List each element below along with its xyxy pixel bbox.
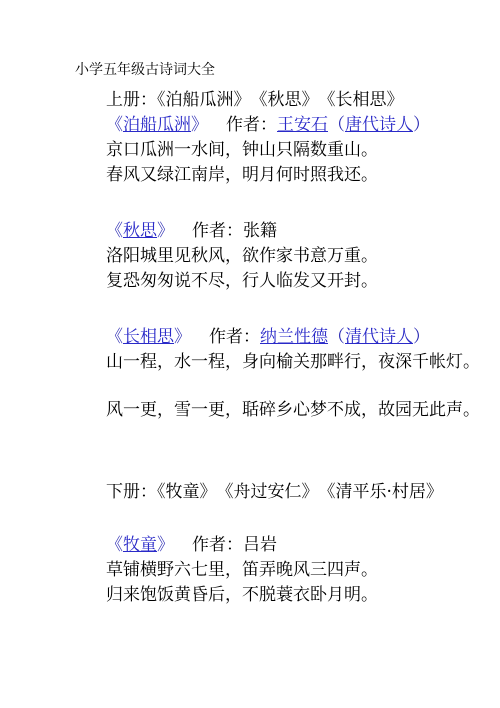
poem4-author: 吕岩 <box>243 535 277 555</box>
poem4-title-link[interactable]: 牧童 <box>123 535 157 555</box>
bracket-open: 《 <box>106 535 123 555</box>
paren-close: ） <box>413 327 430 347</box>
poem3-line1: 山一程，水一程，身向榆关那畔行，夜深千帐灯。 <box>106 350 482 375</box>
poem4-heading: 《牧童》作者：吕岩 <box>106 533 482 558</box>
paren-open: （ <box>328 327 345 347</box>
bracket-close: 》 <box>174 327 191 347</box>
poem3-heading: 《长相思》作者：纳兰性德（清代诗人） <box>106 325 482 350</box>
bracket-open: 《 <box>106 327 123 347</box>
bracket-close: 》 <box>157 221 174 241</box>
toc-lower-volume: 下册：《牧童》 《舟过安仁》 《清平乐·村居》 <box>106 480 482 505</box>
toc-upper-volume: 上册：《泊船瓜洲》 《秋思》 《长相思》 <box>106 88 482 113</box>
poem1-line2: 春风又绿江南岸，明月何时照我还。 <box>106 163 482 188</box>
poem3-line2: 风一更，雪一更，聒碎乡心梦不成，故园无此声。 <box>106 398 482 423</box>
poem4-line2: 归来饱饭黄昏后，不脱蓑衣卧月明。 <box>106 583 482 608</box>
poem1-dynasty-link[interactable]: 唐代诗人 <box>345 115 413 135</box>
poem2-line2: 复恐匆匆说不尽，行人临发又开封。 <box>106 269 482 294</box>
poem1-author-link[interactable]: 王安石 <box>277 115 328 135</box>
document-page: 小学五年级古诗词大全 上册：《泊船瓜洲》 《秋思》 《长相思》 《泊船瓜洲》作者… <box>0 0 500 708</box>
poem2-author: 张籍 <box>243 221 277 241</box>
poem1-title-link[interactable]: 泊船瓜洲 <box>123 115 191 135</box>
author-label: 作者： <box>209 327 260 347</box>
paren-open: （ <box>328 115 345 135</box>
poem2-line1: 洛阳城里见秋风，欲作家书意万重。 <box>106 244 482 269</box>
poem1-heading: 《泊船瓜洲》作者：王安石（唐代诗人） <box>106 113 482 138</box>
author-label: 作者： <box>192 535 243 555</box>
bracket-close: 》 <box>157 535 174 555</box>
poem2-title-link[interactable]: 秋思 <box>123 221 157 241</box>
page-title: 小学五年级古诗词大全 <box>75 60 482 80</box>
poem3-title-link[interactable]: 长相思 <box>123 327 174 347</box>
poem4-line1: 草铺横野六七里，笛弄晚风三四声。 <box>106 558 482 583</box>
poem3-author-link[interactable]: 纳兰性德 <box>260 327 328 347</box>
author-label: 作者： <box>192 221 243 241</box>
bracket-open: 《 <box>106 221 123 241</box>
bracket-open: 《 <box>106 115 123 135</box>
poem2-heading: 《秋思》作者：张籍 <box>106 219 482 244</box>
poem1-line1: 京口瓜洲一水间，钟山只隔数重山。 <box>106 138 482 163</box>
author-label: 作者： <box>226 115 277 135</box>
poem3-dynasty-link[interactable]: 清代诗人 <box>345 327 413 347</box>
bracket-close: 》 <box>191 115 208 135</box>
document-body: 小学五年级古诗词大全 上册：《泊船瓜洲》 《秋思》 《长相思》 《泊船瓜洲》作者… <box>0 0 500 608</box>
paren-close: ） <box>413 115 430 135</box>
